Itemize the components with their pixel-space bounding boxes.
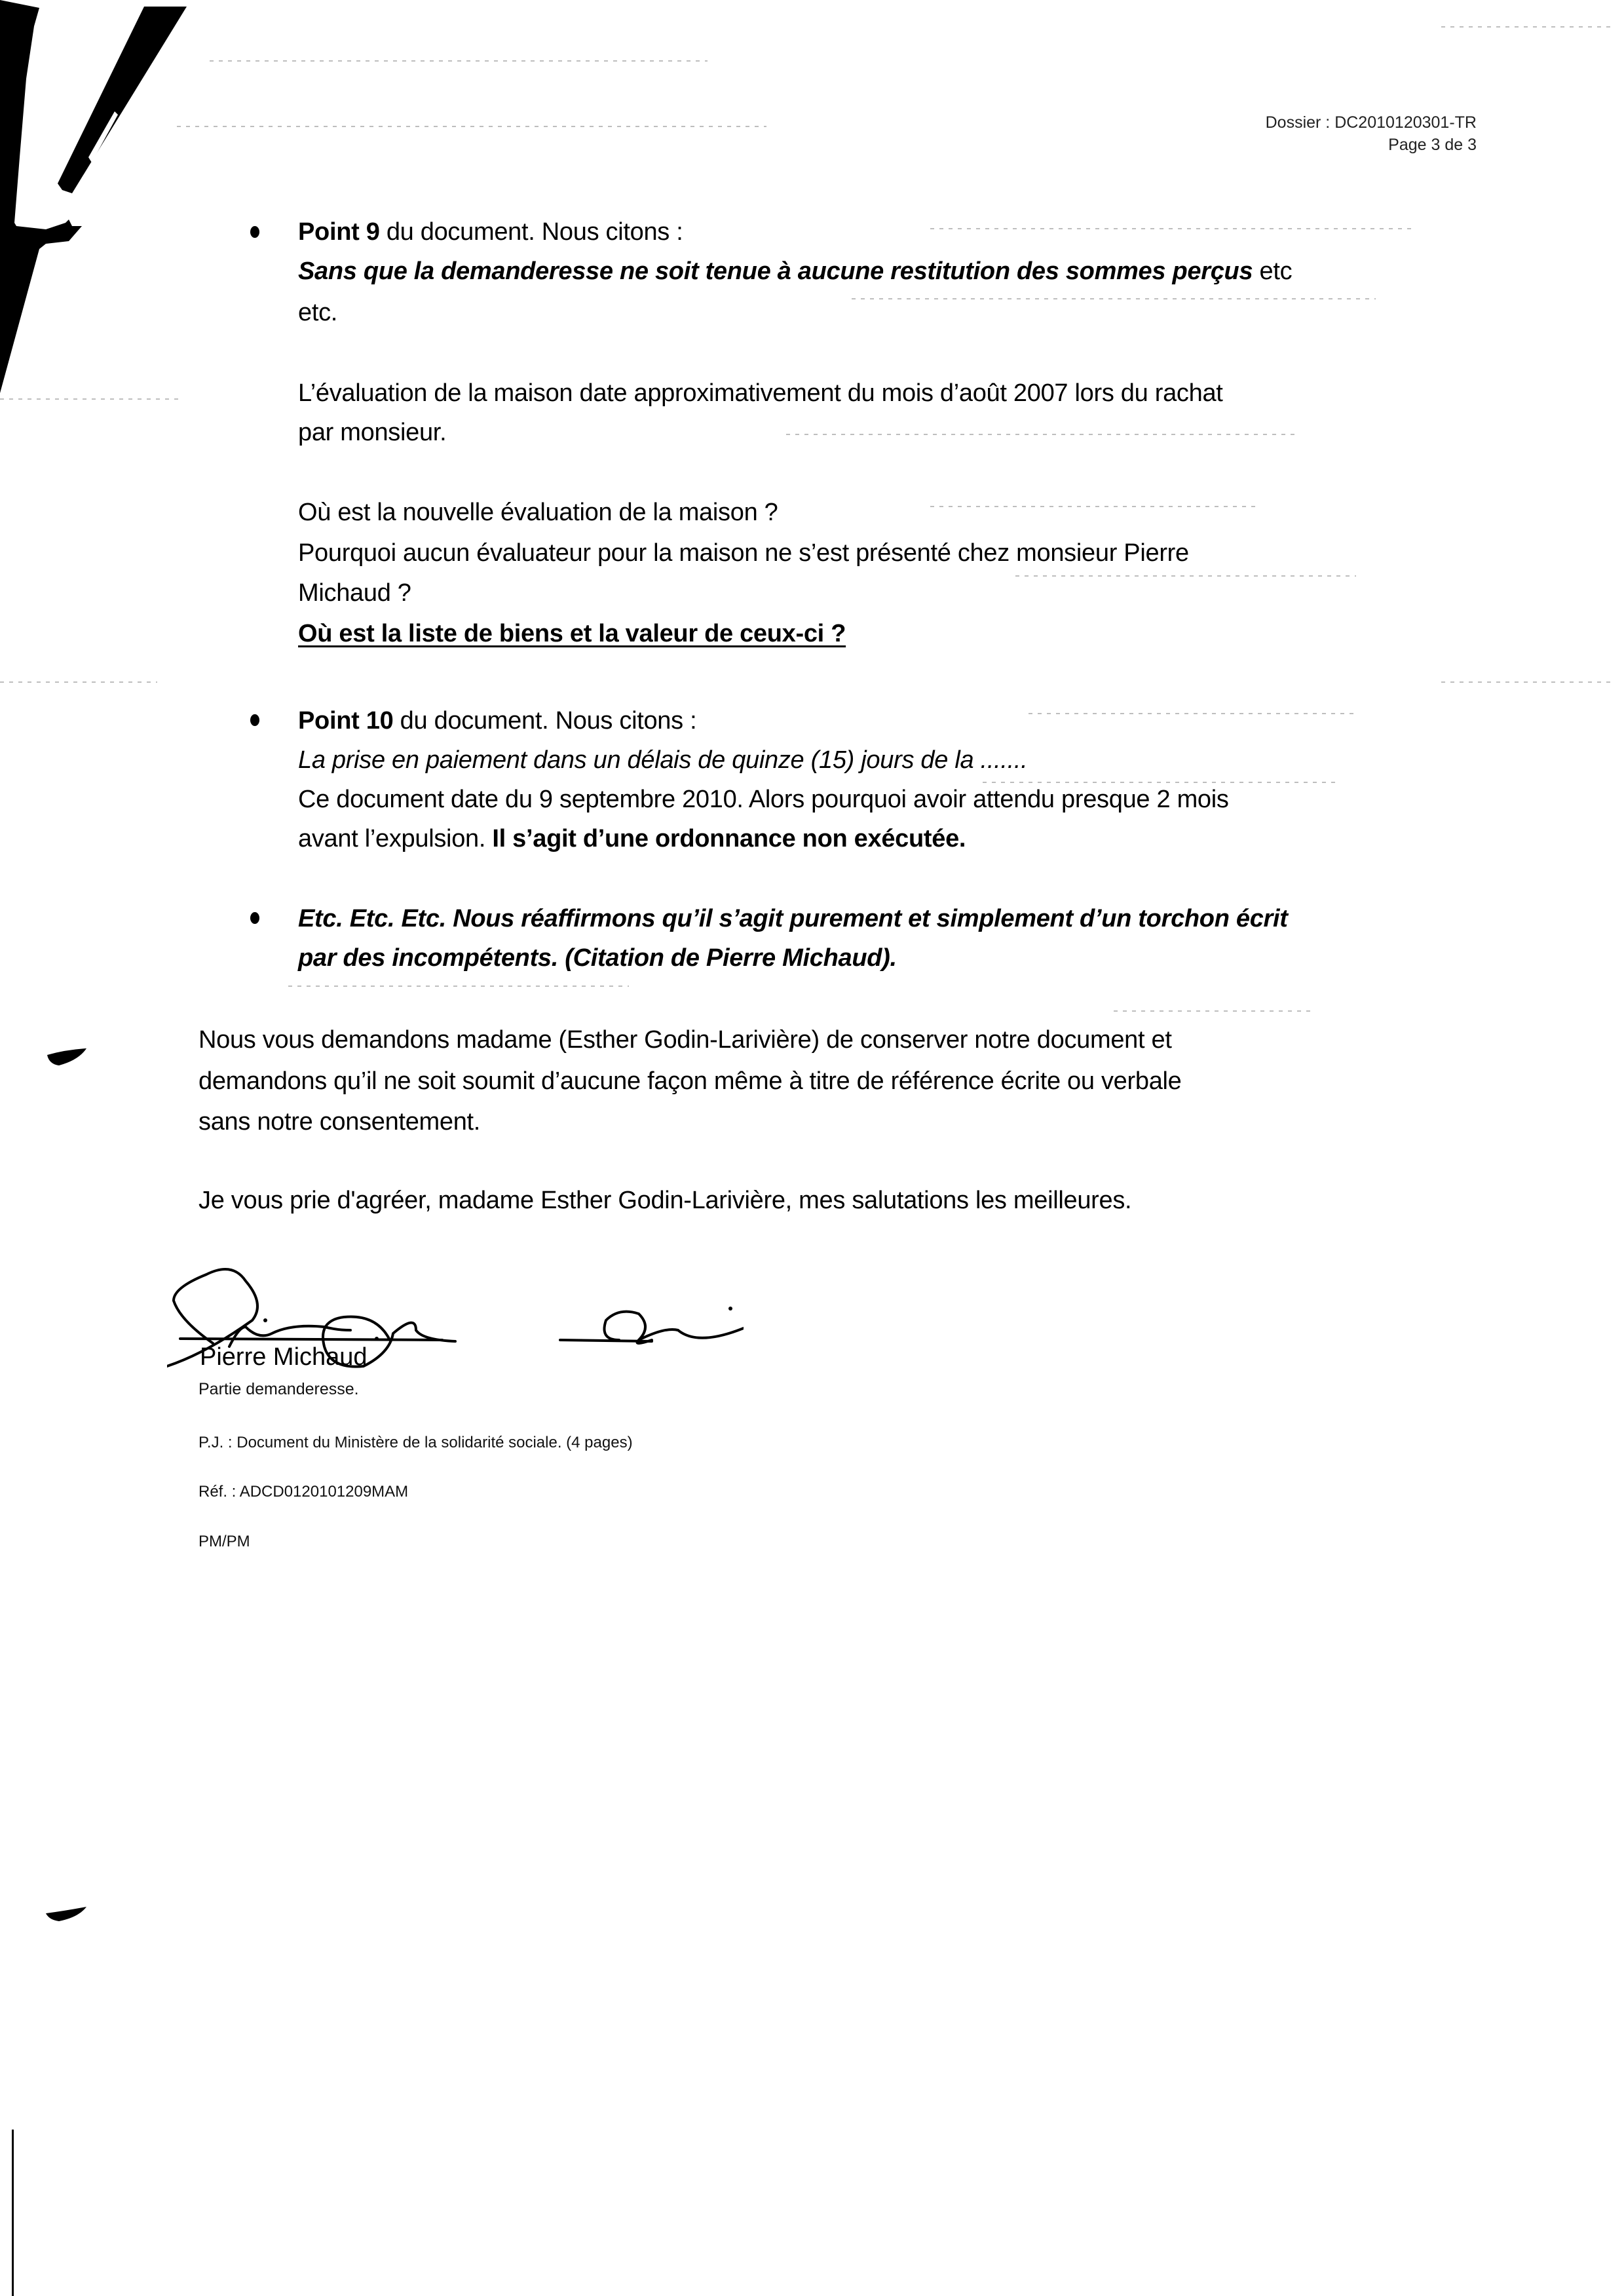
signatory-name: Pierre Michaud [200, 1342, 368, 1372]
closing-salutation: Je vous prie d'agréer, madame Esther God… [198, 1179, 1131, 1221]
scan-artifact-icon [0, 0, 197, 406]
question-2-line-1: Pourquoi aucun évaluateur pour la maison… [298, 532, 1189, 574]
question-3: Où est la liste de biens et la valeur de… [298, 613, 846, 655]
initials: PM/PM [198, 1532, 250, 1552]
etc-statement-line-2: par des incompétents. (Citation de Pierr… [298, 937, 897, 979]
bullet-icon [250, 714, 259, 726]
signatory-role: Partie demanderesse. [198, 1379, 359, 1399]
bullet-icon [250, 912, 259, 924]
point-9-quote: Sans que la demanderesse ne soit tenue à… [298, 250, 1292, 292]
point-9-quote-tail: etc. [298, 292, 337, 334]
point-10-line-2: avant l’expulsion. Il s’agit d’une ordon… [298, 818, 966, 860]
scan-edge-line [12, 2130, 14, 2296]
bullet-icon [250, 226, 259, 238]
request-line-2: demandons qu’il ne soit soumit d’aucune … [198, 1060, 1182, 1102]
question-1: Où est la nouvelle évaluation de la mais… [298, 491, 778, 533]
hole-punch-mark-icon [39, 1907, 92, 1926]
paragraph-evaluation-line-1: L’évaluation de la maison date approxima… [298, 372, 1223, 414]
point-10-heading: Point 10 du document. Nous citons : [298, 700, 696, 742]
document-page: Dossier : DC2010120301-TR Page 3 de 3 Po… [0, 0, 1624, 2296]
reference-number: Réf. : ADCD0120101209MAM [198, 1482, 408, 1502]
point-label: Point 10 [298, 707, 393, 735]
document-header: Dossier : DC2010120301-TR Page 3 de 3 [1266, 111, 1477, 156]
quote-text: Sans que la demanderesse ne soit tenue à… [298, 258, 1253, 285]
etc-statement-line-1: Etc. Etc. Etc. Nous réaffirmons qu’il s’… [298, 898, 1288, 940]
point-10-line-1: Ce document date du 9 septembre 2010. Al… [298, 778, 1229, 820]
paragraph-evaluation-line-2: par monsieur. [298, 411, 446, 453]
emphasis-text: Il s’agit d’une ordonnance non exécutée. [492, 825, 966, 852]
hole-punch-mark-icon [39, 1048, 92, 1068]
request-line-3: sans notre consentement. [198, 1101, 480, 1143]
page-number: Page 3 de 3 [1266, 134, 1477, 156]
attachment-note: P.J. : Document du Ministère de la solid… [198, 1433, 633, 1453]
question-2-line-2: Michaud ? [298, 572, 411, 614]
point-10-quote: La prise en paiement dans un délais de q… [298, 739, 1027, 781]
request-line-1: Nous vous demandons madame (Esther Godin… [198, 1019, 1172, 1061]
point-9-heading: Point 9 du document. Nous citons : [298, 211, 683, 253]
point-label: Point 9 [298, 218, 380, 246]
dossier-number: Dossier : DC2010120301-TR [1266, 111, 1477, 134]
